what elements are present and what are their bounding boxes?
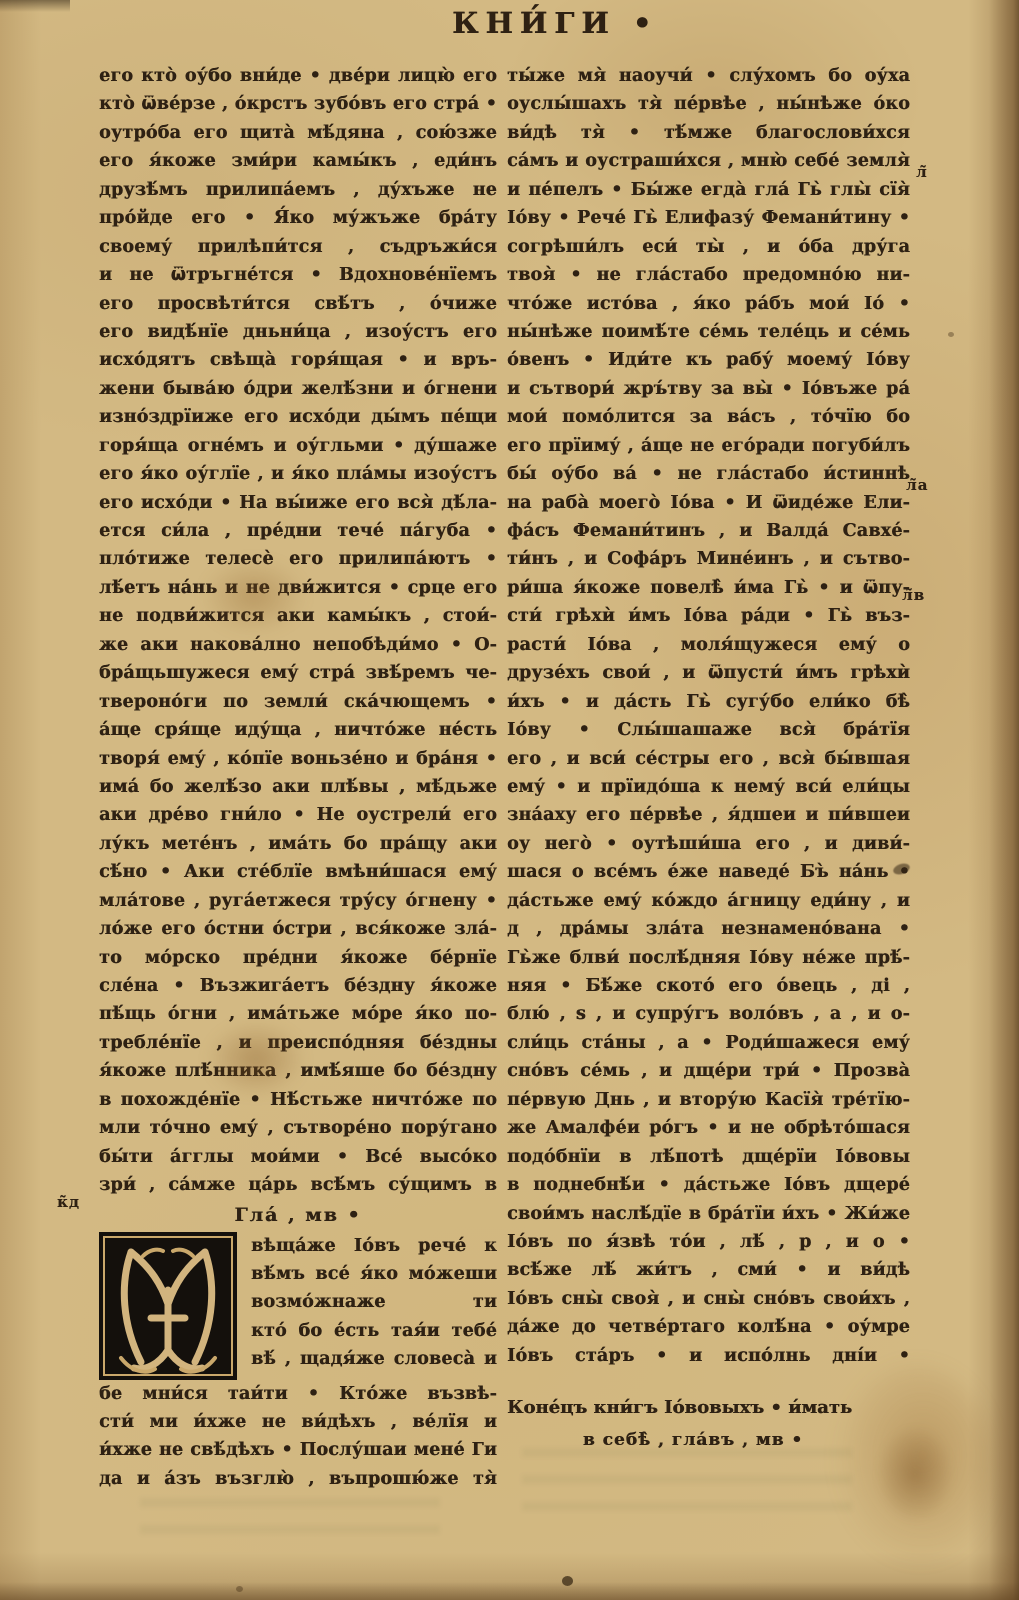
margin-note-left: к̃д bbox=[57, 1193, 80, 1211]
page-edge-shadow bbox=[0, 0, 70, 12]
text-line: лу́къ мете́нъ , има́ть бо пра́щу аки bbox=[99, 830, 497, 858]
text-line: ны́нѣже поимѣ́те се́мь теле́ць и се́мь bbox=[507, 318, 910, 346]
text-line: да́стьже ему́ ко́ждо а́гницу еди́ну , и bbox=[507, 887, 910, 915]
text-line: не подви́жится аки камы́къ , стои́- bbox=[99, 602, 497, 630]
text-line: его , и вси́ се́стры его , вся̀ бы́вшая bbox=[507, 745, 910, 773]
text-line: мла́тове , руга́етжеся тру́су о́гнену • bbox=[99, 887, 497, 915]
text-line: требле́нїе , и преиспо́дняя бе́здны bbox=[99, 1029, 497, 1057]
text-line: зна́аху его пе́рвѣе , я́дшеи и пи́вшеи bbox=[507, 801, 910, 829]
text-line: в поднебнѣ́и • да́стьже Іо́въ дщере́ bbox=[507, 1171, 910, 1199]
text-line: няя • Бѣ́же ското́ его о́вець , ді , кел… bbox=[507, 972, 910, 1000]
text-line: сно́въ се́мь , и дще́ри три́ • Прозва̀ bbox=[507, 1057, 910, 1085]
text-line: же Амалфе́и ро́гъ • и не обрѣто́шася bbox=[507, 1114, 910, 1142]
text-line: всѣ́же лѣ́ жи́тъ , сми́ • и ви́дѣ bbox=[507, 1256, 910, 1284]
text-line: лѣ́етъ на́нь и не дви́жится • срце его bbox=[99, 574, 497, 602]
text-line: ему́ • и прїидо́ша к нему́ вси́ ели́цы bbox=[507, 773, 910, 801]
text-line: мои́ помо́лится за ва́съ , то́чїю бо лиц… bbox=[507, 403, 910, 431]
text-line: твоя̀ • не гла́стабо предомно́ю ни- bbox=[507, 261, 910, 289]
margin-note-right: л̃ bbox=[916, 163, 928, 181]
text-line: подо́бнїи в лѣ́потѣ дще́рїи Іо́вовы bbox=[507, 1143, 910, 1171]
text-line: сле́на • Възжига́етъ бе́здну я́коже bbox=[99, 972, 497, 1000]
text-line: оу него̀ • оутѣши́ша его , и диви́- bbox=[507, 830, 910, 858]
text-line: пло́тиже телесѐ его прилипа́ютъ • bbox=[99, 545, 497, 573]
page-edge-shadow bbox=[989, 0, 1019, 1600]
text-line: в похожде́нїе • Нѣ́стьже ничто́же по зе- bbox=[99, 1086, 497, 1114]
left-column-lines-bottom: бе мни́ся таи́ти • Кто́же възвѣ-сти́ ми … bbox=[99, 1380, 497, 1494]
ink-speck bbox=[948, 332, 954, 337]
text-line: кто́ бо е́сть тая́и тебе́ со- bbox=[251, 1317, 497, 1345]
text-line: оуслы́шахъ тя̀ пе́рвѣе , ны́нѣже о́ко мо… bbox=[507, 90, 910, 118]
text-line: Іо́въ ста́ръ • и испо́лнь дні́и • bbox=[507, 1342, 910, 1370]
text-line: бра́щьшужеся ему́ стра́ звѣ́ремъ че- bbox=[99, 659, 497, 687]
text-line: расти́ Іо́ва , моля́щужеся ему́ о bbox=[507, 631, 910, 659]
text-line: то мо́рско пре́дни я́коже бе́рнїе безчи- bbox=[99, 944, 497, 972]
text-line: д , дра́мы зла́та незнамено́вана • bbox=[507, 915, 910, 943]
text-line: ло́же его о́стни о́стри , вся́коже зла́- bbox=[99, 915, 497, 943]
text-line: на раба̀ моего̀ Іо́ва • И ѿиде́же Ели- bbox=[507, 489, 910, 517]
text-line: да́же до четве́ртаго колѣ́на • оу́мре bbox=[507, 1313, 910, 1341]
text-line: бе мни́ся таи́ти • Кто́же възвѣ- bbox=[99, 1380, 497, 1408]
text-line: ти́нъ , и Софа́ръ Мине́инъ , и сътво- bbox=[507, 545, 910, 573]
left-column-lines: его кто̀ оу́бо вни́де • две́ри лицю̀ его… bbox=[99, 62, 497, 1200]
text-line: а́ще сря́ще иду́ща , ничто́же не́сть bbox=[99, 716, 497, 744]
text-line: вѣ́мъ все́ я́ко мо́жеши , не bbox=[251, 1260, 497, 1288]
text-line: что́же исто́ва , я́ко ра́бъ мои́ Іо́ • bbox=[507, 290, 910, 318]
text-line: согрѣши́лъ еси́ ты̀ , и о́ба дру́га bbox=[507, 233, 910, 261]
text-line: и́хже не свѣ́дѣхъ • Послу́шаи мене́ Ги bbox=[99, 1436, 497, 1464]
text-line: я́коже плѣ́нника , имѣ́яше бо бе́здну bbox=[99, 1057, 497, 1085]
text-line: сти́ ми и́хже не ви́дѣхъ , ве́лїя и ди́в… bbox=[99, 1408, 497, 1436]
text-line: кто̀ ѿве́рзе , о́крстъ зубо́въ его стра́… bbox=[99, 90, 497, 118]
text-line: исхо́дятъ свѣща̀ горя́щая • и връ- bbox=[99, 346, 497, 374]
text-line: Гь̀же блви́ послѣ́дняя Іо́ву не́же прѣ́- bbox=[507, 944, 910, 972]
text-line: твероно́ги по земли́ ска́чющемъ • bbox=[99, 688, 497, 716]
text-line: жени быва́ю о́дри желѣ́зни и о́гнени • bbox=[99, 375, 497, 403]
text-line: изно́здрїиже его исхо́ди ды́мъ пе́щи bbox=[99, 403, 497, 431]
text-line: Іо́ву • Слы́шашаже вся̀ бра́тїя bbox=[507, 716, 910, 744]
text-line: ется си́ла , пре́дни тече́ па́губа • bbox=[99, 517, 497, 545]
text-line: вѣща́же Іо́въ рече́ к Бгу́ • bbox=[251, 1232, 497, 1260]
right-column-lines: ты́же мя̀ наоучи́ • слу́хомъ бо оу́хаоус… bbox=[507, 62, 910, 1370]
text-line: своему́ прилѣпи́тся , съдръжи́ся bbox=[99, 233, 497, 261]
woodcut-initial-block bbox=[99, 1232, 237, 1380]
text-line: вѣ́ , щадя́же словеса̀ и те- bbox=[251, 1345, 497, 1373]
text-line: аки дре́во гни́ло • Не оустрели́ его bbox=[99, 801, 497, 829]
text-line: его я́коже зми́ри камы́къ , еди́нъ bbox=[99, 147, 497, 175]
margin-note-right: л̃в bbox=[902, 586, 925, 604]
text-line: ви́дѣ тя̀ • тѣ́мже благослови́хся bbox=[507, 119, 910, 147]
text-line: бы́ оу́бо ва́ • не гла́стабо и́стиннѣ bbox=[507, 460, 910, 488]
text-line: пе́рвую Днь , и втору́ю Касїя̀ тре́тїю- bbox=[507, 1086, 910, 1114]
text-line: да и а́зъ възглю̀ , въпрошю́же тя̀ bbox=[99, 1465, 497, 1493]
text-line: ри́ша я́коже повелѣ̀ и́ма Гь̀ • и ѿпу- bbox=[507, 574, 910, 602]
text-line: сѣ́но • Аки сте́блїе вмѣни́шася ему́ bbox=[99, 858, 497, 886]
text-line: же аки накова́лно непобѣди́мо • О- bbox=[99, 631, 497, 659]
text-line: Іо́въ по я́звѣ то́и , лѣ́ , р , и о • bbox=[507, 1228, 910, 1256]
text-line: ты́же мя̀ наоучи́ • слу́хомъ бо оу́ха bbox=[507, 62, 910, 90]
text-line: его исхо́ди • На вы́иже его вся̀ дѣ́ла- bbox=[99, 489, 497, 517]
text-line: его прїиму́ , а́ще не его́ради погуби́лъ bbox=[507, 432, 910, 460]
text-line: зри́ , са́мже ца́рь всѣ́мъ су́щимъ в вод… bbox=[99, 1171, 497, 1199]
text-line: сти́ грѣхѝ и́мъ Іо́ва ра́ди • Гь̀ въз- bbox=[507, 602, 910, 630]
chapter-heading: Гла́ , мв • bbox=[99, 1200, 497, 1230]
page-edge-shadow bbox=[0, 1582, 1019, 1600]
text-line: и́хъ • и да́сть Гь̀ сугу́бо ели́ко бѣ̀ п… bbox=[507, 688, 910, 716]
text-line: пѣ́щь о́гни , има́тьже мо́ре я́ко по- bbox=[99, 1000, 497, 1028]
text-line: и пе́пелъ • Бы́же егда̀ гла́ Гь̀ глы̀ сї… bbox=[507, 176, 910, 204]
chapter-opening-lines: вѣща́же Іо́въ рече́ к Бгу́ •вѣ́мъ все́ я… bbox=[251, 1232, 497, 1374]
chapter-start: вѣща́же Іо́въ рече́ к Бгу́ •вѣ́мъ все́ я… bbox=[99, 1232, 497, 1380]
text-line: и не ѿтръгне́тся • Вдохнове́нїемъ bbox=[99, 261, 497, 289]
text-line: сли́ць ста́ны , а • Роди́шажеся ему́ bbox=[507, 1029, 910, 1057]
colophon: Коне́цъ кни́гъ Іо́вовыхъ • и́мать в себѣ… bbox=[507, 1392, 879, 1456]
margin-note-right: л̃а bbox=[906, 476, 928, 494]
text-line: оутро́ба его щита̀ мѣ́дяна , сою́зже bbox=[99, 119, 497, 147]
text-line: бы́ти а́гглы мои́ми • Все́ высо́ко bbox=[99, 1143, 497, 1171]
colophon-line: Коне́цъ кни́гъ Іо́вовыхъ • и́мать bbox=[507, 1392, 879, 1424]
ink-speck bbox=[562, 1576, 573, 1586]
text-line: и сътвори́ жръ́тву за вы̀ • Іо́въже ра́ bbox=[507, 375, 910, 403]
colophon-line: в себѣ̀ , гла́въ , мв • bbox=[507, 1424, 879, 1456]
scanned-book-page: КНИ́ГИ • его кто̀ оу́бо вни́де • две́ри … bbox=[0, 0, 1019, 1600]
show-through-text bbox=[140, 1498, 440, 1540]
left-column: его кто̀ оу́бо вни́де • две́ри лицю̀ его… bbox=[99, 62, 497, 1493]
page-title: КНИ́ГИ • bbox=[452, 6, 658, 40]
ink-speck bbox=[236, 1586, 243, 1592]
text-line: его я́ко оу́глїе , и я́ко пла́мы изоу́ст… bbox=[99, 460, 497, 488]
text-line: има́ бо желѣ́зо аки плѣ́вы , мѣ́дьже bbox=[99, 773, 497, 801]
show-through-text bbox=[522, 1448, 852, 1522]
text-line: о́венъ • Иди́те къ рабу́ моему́ Іо́ву bbox=[507, 346, 910, 374]
text-line: про́йде его • Я́ко му́жъже бра́ту bbox=[99, 204, 497, 232]
text-line: друзе́хъ свои́ , и ѿпусти́ и́мъ грѣхѝ bbox=[507, 659, 910, 687]
text-line: возмо́жнаже ти ничто́же • bbox=[251, 1288, 497, 1316]
text-line: свои́мъ наслѣ́дїе в бра́тїи и́хъ • Жи́же bbox=[507, 1200, 910, 1228]
text-line: Іо́ву • Рече́ Гь̀ Елифазу́ Фемани́тину • bbox=[507, 204, 910, 232]
right-column: ты́же мя̀ наоучи́ • слу́хомъ бо оу́хаоус… bbox=[507, 62, 910, 1456]
text-line: са́мъ и оустраши́хся , мню̀ себе́ земля̀ bbox=[507, 147, 910, 175]
text-line: творя́ ему́ , ко́пїе воньзе́но и бра́ня … bbox=[99, 745, 497, 773]
woodcut-initial-ornament bbox=[99, 1232, 237, 1380]
text-line: его просвѣти́тся свѣ́тъ , о́чиже bbox=[99, 290, 497, 318]
text-line: его видѣ́нїе дньни́ца , изоу́стъ его bbox=[99, 318, 497, 346]
text-line: мли то́чно ему́ , сътворе́но пору́гано bbox=[99, 1114, 497, 1142]
text-line: шася о все́мъ е́же наведе́ Бъ̀ на́нь • bbox=[507, 858, 910, 886]
text-line: Іо́въ сны̀ своя̀ , и сны̀ сно́въ свои́хъ… bbox=[507, 1285, 910, 1313]
text-line: друзѣ́мъ прилипа́емъ , ду́хъже не bbox=[99, 176, 497, 204]
text-line: горя́ща огне́мъ и оу́гльми • ду́шаже bbox=[99, 432, 497, 460]
text-line: его кто̀ оу́бо вни́де • две́ри лицю̀ его bbox=[99, 62, 497, 90]
text-line: блю́ , ѕ , и супру́гъ воло́въ , а , и о- bbox=[507, 1000, 910, 1028]
text-line: фа́съ Фемани́тинъ , и Валда́ Савхе́- bbox=[507, 517, 910, 545]
